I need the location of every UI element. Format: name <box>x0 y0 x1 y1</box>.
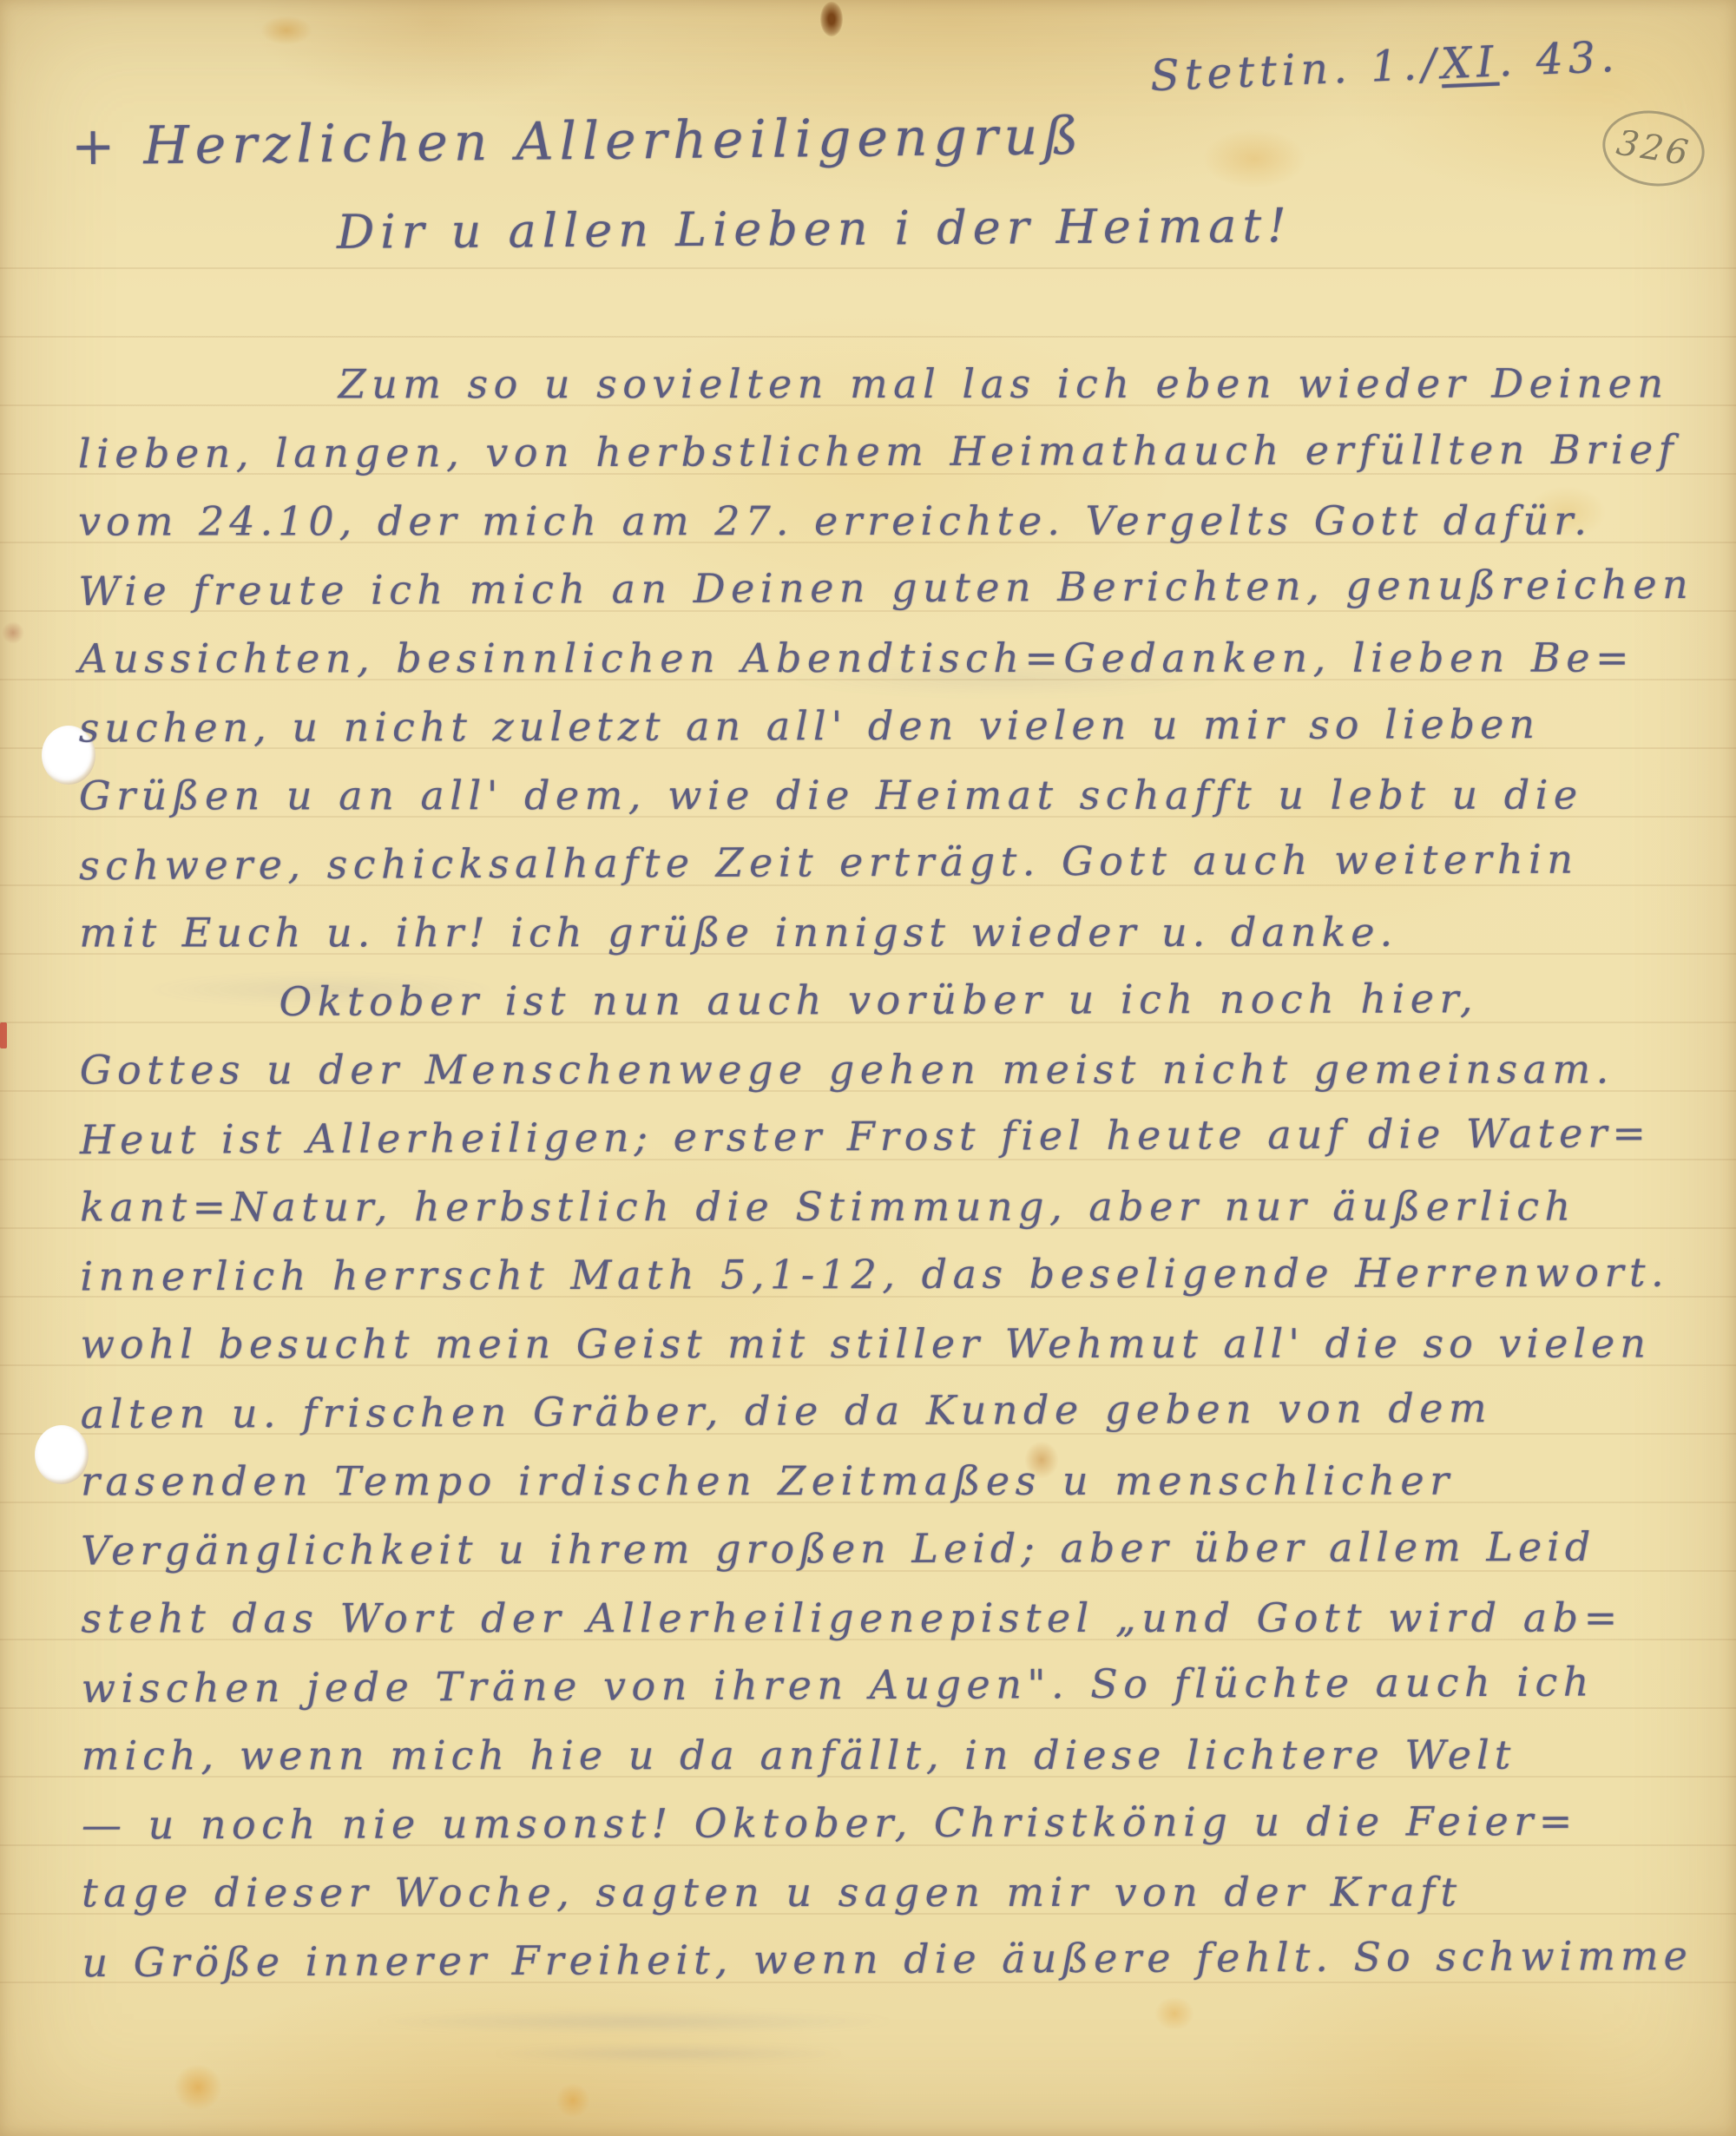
ink-speck <box>820 2 843 36</box>
handwritten-line: rasenden Tempo irdischen Zeitmaßes u men… <box>81 1447 1702 1516</box>
age-stain <box>260 16 312 45</box>
letter-page: Stettin. 1./XI. 43. 326 + Herzlichen All… <box>0 0 1736 2136</box>
handwritten-line: Vergänglichkeit u ihrem großen Leid; abe… <box>81 1513 1702 1586</box>
bleedthrough-smudge <box>486 2045 851 2062</box>
handwritten-line: Aussichten, besinnlichen Abendtisch=Geda… <box>78 624 1700 693</box>
letter-body: Zum so u sovielten mal las ich eben wied… <box>78 347 1704 1997</box>
age-stain <box>1202 128 1306 189</box>
handwritten-line: mich, wenn mich hie u da anfällt, in die… <box>82 1721 1703 1791</box>
handwritten-line: suchen, u nicht zuletzt an all' den viel… <box>79 690 1700 763</box>
salutation-line-2: Dir u allen Lieben i der Heimat! <box>337 198 1292 260</box>
handwritten-line: alten u. frischen Gräber, die da Kunde g… <box>81 1373 1702 1449</box>
handwritten-line: u Größe innerer Freiheit, wenn die äußer… <box>82 1922 1703 1997</box>
handwritten-line: Zum so u sovielten mal las ich eben wied… <box>78 350 1700 419</box>
date-prefix: Stettin. 1./ <box>1149 39 1442 101</box>
handwritten-line: wischen jede Träne von ihren Augen". So … <box>81 1647 1702 1723</box>
handwritten-line: — u noch nie umsonst! Oktober, Christkön… <box>82 1787 1703 1860</box>
date-line: Stettin. 1./XI. 43. <box>1149 32 1621 102</box>
red-edge-mark <box>0 1022 7 1048</box>
handwritten-line: Oktober ist nun auch vorüber u ich noch … <box>79 964 1700 1037</box>
handwritten-line: steht das Wort der Allerheiligenepistel … <box>81 1584 1702 1653</box>
handwritten-line: kant=Natur, herbstlich die Stimmung, abe… <box>80 1173 1701 1242</box>
handwritten-line: innerlich herrscht Math 5,1-12, das bese… <box>80 1239 1701 1311</box>
age-stain <box>174 2064 222 2111</box>
handwritten-line: Grüßen u an all' dem, wie die Heimat sch… <box>79 761 1700 831</box>
handwritten-line: tage dieser Woche, sagten u sagen mir vo… <box>82 1858 1703 1928</box>
handwritten-line: vom 24.10, der mich am 27. erreichte. Ve… <box>78 487 1700 556</box>
date-month-roman: XI <box>1440 37 1500 89</box>
handwritten-line: mit Euch u. ihr! ich grüße innigst wiede… <box>79 898 1700 968</box>
handwritten-line: Heut ist Allerheiligen; erster Frost fie… <box>80 1099 1701 1174</box>
age-stain <box>1154 1996 1194 2031</box>
handwritten-line: Wie freute ich mich an Deinen guten Beri… <box>78 550 1700 626</box>
handwritten-line: wohl besucht mein Geist mit stiller Wehm… <box>80 1310 1701 1379</box>
date-suffix: . 43. <box>1497 32 1620 87</box>
salutation-line-1: + Herzlichen Allerheiligengruß <box>71 106 1085 177</box>
handwritten-line: Gottes u der Menschenwege gehen meist ni… <box>80 1035 1701 1105</box>
bleedthrough-smudge <box>365 2010 903 2033</box>
handwritten-line: schwere, schicksalhafte Zeit erträgt. Go… <box>79 825 1700 900</box>
age-stain <box>556 2083 590 2118</box>
archive-number-badge: 326 <box>1597 103 1710 193</box>
handwritten-line: lieben, langen, von herbstlichem Heimath… <box>78 416 1700 489</box>
age-stain <box>2 621 24 644</box>
